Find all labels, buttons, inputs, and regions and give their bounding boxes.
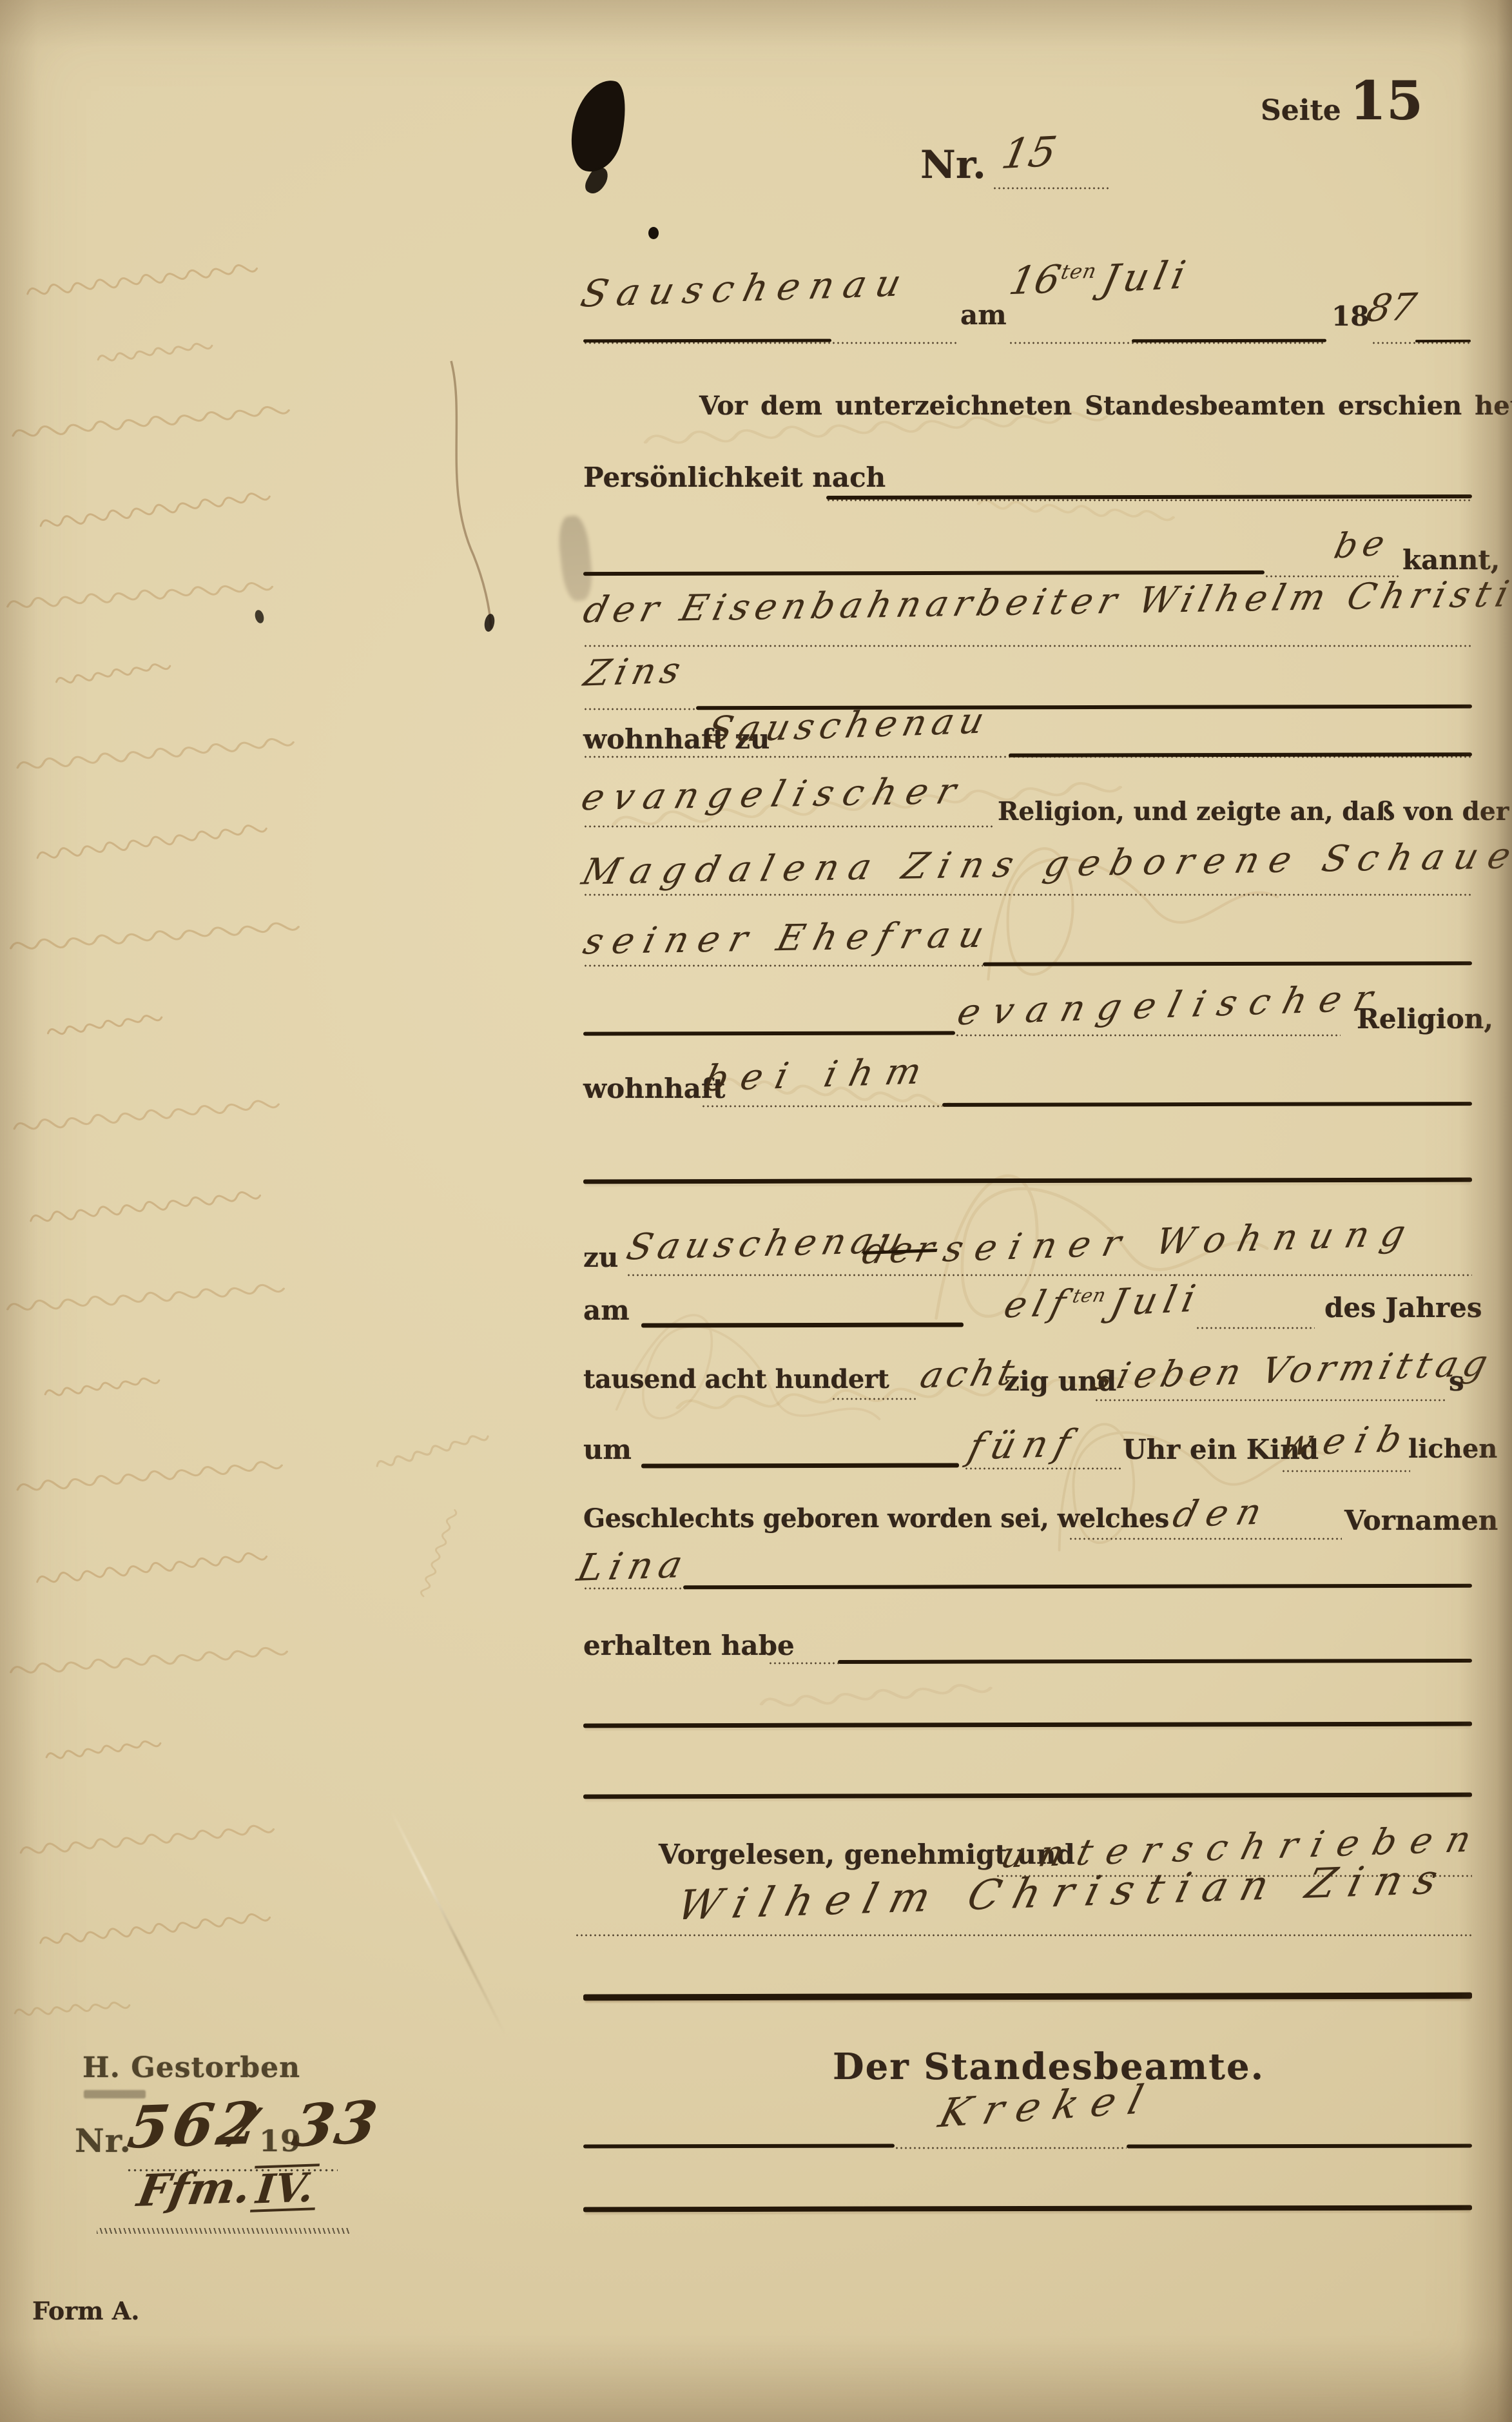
year-label: des Jahres (1324, 1294, 1482, 1322)
gender-value: weib (1277, 1421, 1416, 1462)
gender-suffix: lichen (1408, 1436, 1497, 1462)
ink-drip-end (483, 613, 496, 632)
dotted-rule (575, 1934, 1472, 1937)
dotted-rule (768, 1662, 839, 1665)
birthplace-struck-word: der (858, 1231, 942, 1270)
dotted-rule (583, 825, 993, 828)
page-number: 15 (1350, 75, 1423, 128)
time-label: um (583, 1436, 632, 1463)
ink-drip (451, 361, 491, 629)
ink-line (641, 1463, 959, 1468)
identity-label: Persönlichkeit nach (583, 464, 886, 491)
religion2-text: Religion, (1357, 1006, 1493, 1033)
office-ref: Ffm. (134, 2165, 254, 2213)
dateline-am: am (960, 302, 1007, 329)
ink-line (983, 961, 1472, 966)
ink-line (683, 1584, 1472, 1590)
dotted-rule (1196, 1327, 1315, 1329)
dotted-rule (895, 2147, 1127, 2149)
dotted-rule (964, 1467, 1123, 1470)
religion1-value: evangelischer (577, 774, 969, 816)
ref-year: 33 (289, 2093, 382, 2156)
dateline-place: Sauschenau (577, 264, 915, 313)
received-label: erhalten habe (583, 1632, 795, 1659)
mother-line: Magdalena Zins geborene Schauern (578, 837, 1512, 891)
birthplace-label: zu (583, 1244, 618, 1271)
ink-line (583, 339, 831, 343)
dotted-rule (993, 187, 1109, 190)
dotted-rule (826, 499, 1472, 502)
religion2-value: evangelischer (954, 981, 1389, 1031)
child-name: Lina (574, 1545, 693, 1587)
declarant-line2: Zins (581, 652, 689, 692)
mother-relation: seiner Ehefrau (580, 917, 997, 961)
death-stamp: H. Gestorben (82, 2054, 300, 2082)
dotted-rule (583, 1587, 686, 1590)
daytime-suffix: s (1449, 1368, 1464, 1395)
ink-line (641, 1322, 964, 1327)
ink-line (838, 1659, 1472, 1664)
office-roman: IV. (250, 2163, 320, 2212)
birthdate-label: am (583, 1297, 630, 1324)
ink-line (583, 1031, 955, 1035)
paper-crease (390, 1810, 507, 2035)
speck (254, 609, 266, 625)
sex-line: Geschlechts geboren worden sei, welches (583, 1506, 1169, 1532)
ink-line (583, 2144, 895, 2148)
dotted-rule (1094, 1399, 1447, 1401)
intro-line: Vor dem unterzeichneten Standesbeamten e… (699, 393, 1512, 419)
registrar-label: Der Standesbeamte. (833, 2049, 1265, 2085)
ink-dot (648, 227, 659, 239)
ink-blot (564, 74, 634, 177)
ink-line (583, 1722, 1472, 1728)
dotted-rule (955, 1034, 1341, 1037)
dotted-rule (583, 894, 1472, 896)
birth-month: Juli (1107, 1279, 1205, 1321)
ink-line (583, 2205, 1472, 2212)
ink-line (1415, 340, 1471, 342)
religion1-text: Religion, und zeigte an, daß von der (998, 799, 1509, 825)
page-label: Seite (1261, 97, 1341, 125)
residence-value: Sauschenau (704, 703, 993, 748)
dotted-rule (1069, 1538, 1342, 1540)
dotted-rule (701, 1105, 942, 1108)
ink-line (583, 571, 1265, 576)
ink-line (942, 1102, 1472, 1107)
vornamen-label: Vornamen (1344, 1507, 1498, 1534)
stamp-zigzag-rule (97, 2228, 349, 2234)
dateline-month: Juli (1099, 256, 1194, 299)
birth-day: elften (1000, 1284, 1109, 1323)
article: den (1169, 1494, 1274, 1533)
dateline-day: 16ten (1006, 259, 1099, 301)
ink-line (1127, 2144, 1472, 2148)
ref-label: Nr. (75, 2125, 131, 2157)
declarant-line1: der Eisenbahnarbeiter Wilhelm Christian (580, 576, 1512, 629)
record-no-value: 15 (998, 132, 1060, 175)
dotted-rule (583, 645, 1472, 647)
dateline-year-written: 87 (1363, 288, 1419, 327)
ink-line (583, 1793, 1472, 1799)
ink-line (583, 1178, 1472, 1184)
year-prefix: tausend acht hundert (583, 1367, 889, 1392)
record-no-label: Nr. (920, 146, 986, 184)
dotted-rule (583, 964, 983, 967)
dotted-rule (583, 708, 696, 710)
time-value: fünf (965, 1424, 1082, 1465)
dotted-rule (626, 1274, 1472, 1276)
birthplace-value2: seiner Wohnung (940, 1215, 1421, 1267)
ink-line (583, 1993, 1472, 2001)
known-suffix: kannt, (1402, 547, 1500, 574)
dotted-rule (831, 1398, 918, 1400)
residence2-value: bei ihm (701, 1053, 938, 1097)
ink-line (1132, 339, 1326, 343)
year-ones: sieben Vormittag (1089, 1345, 1497, 1395)
form-label: Form A. (32, 2299, 139, 2323)
dotted-rule (1281, 1470, 1410, 1472)
document-scan: Seite 15 Nr. 15 Sauschenau am 16ten Juli… (0, 0, 1512, 2422)
known-prefix: be (1331, 525, 1393, 564)
